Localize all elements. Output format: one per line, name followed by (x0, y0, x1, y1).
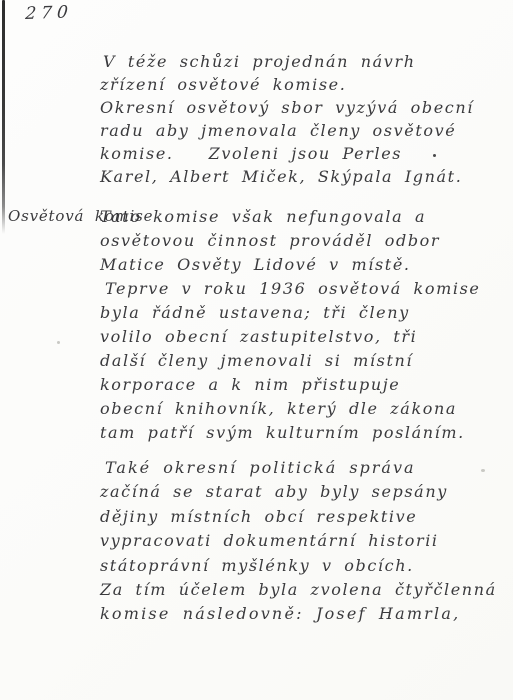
handwritten-line: volilo obecní zastupitelstvo, tři (100, 325, 500, 349)
paragraph-1: V téže schůzi projednán návrh zřízení os… (100, 50, 500, 188)
handwritten-line: začíná se starat aby byly sepsány (100, 480, 500, 504)
handwritten-line: dějiny místních obcí respektive (100, 505, 500, 529)
stray-ink-dot (433, 154, 436, 157)
handwritten-line: Karel, Albert Miček, Skýpala Ignát. (100, 165, 500, 188)
handwritten-line: zřízení osvětové komise. (100, 73, 500, 96)
handwritten-line: Tato komise však nefungovala a (100, 205, 500, 229)
handwritten-line: tam patří svým kulturním posláním. (100, 421, 500, 445)
handwritten-line: osvětovou činnost prováděl odbor (100, 229, 500, 253)
binding-edge-line (2, 0, 5, 234)
handwritten-line: komise. Zvoleni jsou Perles (100, 142, 500, 165)
handwritten-line: Také okresní politická správa (105, 456, 500, 480)
paragraph-3: Také okresní politická správa začíná se … (100, 456, 500, 627)
handwritten-line: Matice Osvěty Lidové v místě. (100, 253, 500, 277)
handwritten-line: obecní knihovník, který dle zákona (100, 397, 500, 421)
handwritten-line: Okresní osvětový sbor vyzývá obecní (100, 96, 500, 119)
margin-note-line: Osvětová (8, 207, 84, 225)
handwritten-line: korporace a k nim přistupuje (100, 373, 500, 397)
handwritten-line: byla řádně ustavena; tři členy (100, 301, 500, 325)
paper-speck (57, 341, 60, 344)
paragraph-2: Tato komise však nefungovala a osvětovou… (100, 205, 500, 445)
handwritten-line: vypracovati dokumentární historii (100, 529, 500, 553)
handwritten-line: Za tím účelem byla zvolena čtyřčlenná (100, 578, 500, 602)
handwritten-line: radu aby jmenovala členy osvětové (100, 119, 500, 142)
handwritten-line: komise následovně: Josef Hamrla, (100, 602, 500, 626)
handwritten-line: další členy jmenovali si místní (100, 349, 500, 373)
handwritten-line: V téže schůzi projednán návrh (103, 50, 500, 73)
manuscript-page: 270 Osvětová komise V téže schůzi projed… (0, 0, 513, 700)
handwritten-line: Teprve v roku 1936 osvětová komise (105, 277, 500, 301)
handwritten-line: státoprávní myšlénky v obcích. (100, 554, 500, 578)
page-number: 270 (25, 2, 74, 24)
paper-speck (481, 469, 485, 472)
